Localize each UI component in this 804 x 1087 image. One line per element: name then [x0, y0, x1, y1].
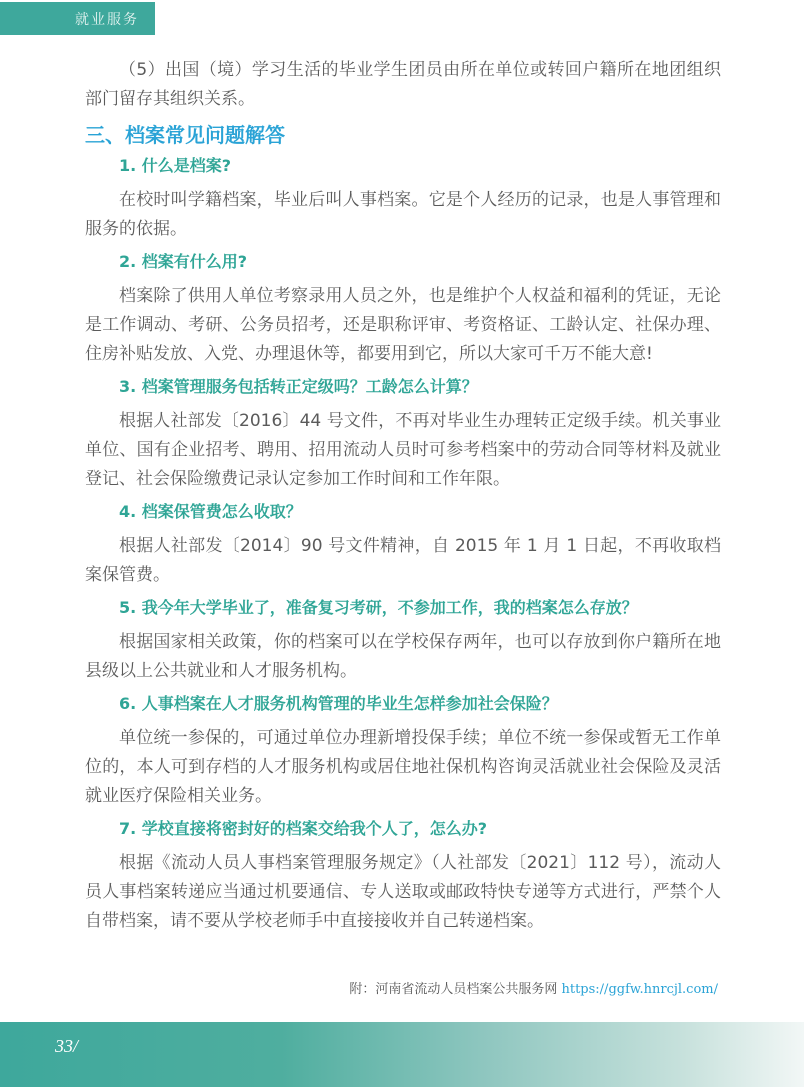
faq-answer: 根据人社部发〔2014〕90 号文件精神，自 2015 年 1 月 1 日起，不… — [85, 532, 721, 590]
faq-item: 5. 我今年大学毕业了，准备复习考研，不参加工作，我的档案怎么存放？ 根据国家相… — [85, 595, 721, 686]
faq-question: 5. 我今年大学毕业了，准备复习考研，不参加工作，我的档案怎么存放？ — [119, 595, 721, 621]
faq-question: 3. 档案管理服务包括转正定级吗？工龄怎么计算？ — [119, 374, 721, 400]
faq-answer: 根据《流动人员人事档案管理服务规定》（人社部发〔2021〕112 号），流动人员… — [85, 849, 721, 936]
intro-paragraph: （5）出国（境）学习生活的毕业学生团员由所在单位或转回户籍所在地团组织部门留存其… — [85, 56, 721, 114]
section-label: 就业服务 — [75, 9, 139, 29]
faq-answer: 单位统一参保的，可通过单位办理新增投保手续；单位不统一参保或暂无工作单位的，本人… — [85, 724, 721, 811]
faq-question: 2. 档案有什么用? — [119, 249, 721, 275]
section-title: 三、档案常见问题解答 — [85, 119, 721, 151]
faq-question: 4. 档案保管费怎么收取？ — [119, 499, 721, 525]
appendix-link[interactable]: https://ggfw.hnrcjl.com/ — [561, 982, 718, 997]
faq-answer: 根据人社部发〔2016〕44 号文件，不再对毕业生办理转正定级手续。机关事业单位… — [85, 407, 721, 494]
faq-question: 1. 什么是档案? — [119, 153, 721, 179]
faq-item: 2. 档案有什么用? 档案除了供用人单位考察录用人员之外，也是维护个人权益和福利… — [85, 249, 721, 369]
faq-item: 1. 什么是档案? 在校时叫学籍档案，毕业后叫人事档案。它是个人经历的记录，也是… — [85, 153, 721, 244]
appendix-note: 附：河南省流动人员档案公共服务网 https://ggfw.hnrcjl.com… — [349, 978, 718, 997]
page-footer: 33/ — [0, 1022, 804, 1087]
faq-answer: 档案除了供用人单位考察录用人员之外，也是维护个人权益和福利的凭证，无论是工作调动… — [85, 282, 721, 369]
appendix-label: 附：河南省流动人员档案公共服务网 — [349, 982, 557, 997]
faq-question: 6. 人事档案在人才服务机构管理的毕业生怎样参加社会保险？ — [119, 691, 721, 717]
faq-item: 6. 人事档案在人才服务机构管理的毕业生怎样参加社会保险？ 单位统一参保的，可通… — [85, 691, 721, 811]
faq-answer: 根据国家相关政策，你的档案可以在学校保存两年，也可以存放到你户籍所在地县级以上公… — [85, 628, 721, 686]
section-header-tab: 就业服务 — [0, 2, 155, 35]
faq-item: 7. 学校直接将密封好的档案交给我个人了，怎么办? 根据《流动人员人事档案管理服… — [85, 816, 721, 936]
faq-question: 7. 学校直接将密封好的档案交给我个人了，怎么办? — [119, 816, 721, 842]
faq-item: 4. 档案保管费怎么收取？ 根据人社部发〔2014〕90 号文件精神，自 201… — [85, 499, 721, 590]
faq-item: 3. 档案管理服务包括转正定级吗？工龄怎么计算？ 根据人社部发〔2016〕44 … — [85, 374, 721, 494]
faq-answer: 在校时叫学籍档案，毕业后叫人事档案。它是个人经历的记录，也是人事管理和服务的依据… — [85, 186, 721, 244]
page-content: （5）出国（境）学习生活的毕业学生团员由所在单位或转回户籍所在地团组织部门留存其… — [85, 56, 721, 941]
page-number: 33/ — [55, 1036, 78, 1057]
